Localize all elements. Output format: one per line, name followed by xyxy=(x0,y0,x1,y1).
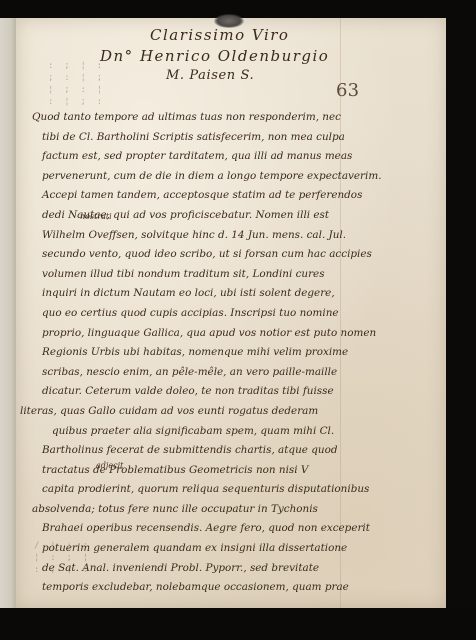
body-line-22: Brahaei operibus recensendis. Aegre fero… xyxy=(32,519,452,539)
body-line-13: Regionis Urbis ubi habitas, nomenque mih… xyxy=(32,343,452,363)
body-line-16: literas, quas Gallo cuidam ad vos eunti … xyxy=(20,402,452,422)
body-line-8: secundo vento, quod ideo scribo, ut si f… xyxy=(32,245,452,265)
address-line-3: M. Paisen S. xyxy=(166,68,254,83)
body-line-2: tibi de Cl. Bartholini Scriptis satisfec… xyxy=(32,128,452,148)
body-line-5: Accepi tamen tandem, acceptosque statim … xyxy=(32,186,452,206)
folio-number: 63 xyxy=(336,80,359,101)
body-line-4: pervenerunt, cum de die in diem a longo … xyxy=(32,167,452,187)
body-line-6: dedi Nautae, qui ad vos proficiscebatur.… xyxy=(32,206,452,226)
address-line-2: Dn° Henrico Oldenburgio xyxy=(100,47,329,65)
letter-body: Quod tanto tempore ad ultimas tuas non r… xyxy=(32,108,452,598)
binding-strip xyxy=(0,18,17,608)
body-line-10: inquiri in dictum Nautam eo loci, ubi is… xyxy=(32,284,452,304)
body-line-3: factum est, sed propter tarditatem, qua … xyxy=(32,147,452,167)
body-line-21: absolvenda; totus fere nunc ille occupat… xyxy=(32,500,452,520)
body-line-24: de Sat. Anal. inveniendi Probl. Pyporr.,… xyxy=(32,559,452,579)
body-line-14: scribas, nescio enim, an pêle-mêle, an v… xyxy=(32,363,452,383)
body-line-15: dicatur. Ceterum valde doleo, te non tra… xyxy=(32,382,452,402)
body-line-1: Quod tanto tempore ad ultimas tuas non r… xyxy=(32,108,452,128)
body-line-11: quo eo certius quod cupis accipias. Insc… xyxy=(32,304,452,324)
body-line-12: proprio, linguaque Gallica, qua apud vos… xyxy=(32,324,452,344)
body-line-18: Bartholinus fecerat de submittendis char… xyxy=(32,441,452,461)
bleed-through-marks: : ; ¦ : ; : ¦ ; ¦ ; : ¦ : ¦ ; : xyxy=(48,60,102,108)
body-line-25: temporis excludebar, nolebamque occasion… xyxy=(32,578,452,598)
body-line-7: Wilhelm Oveffsen, solvitque hinc d. 14 J… xyxy=(32,226,452,246)
body-line-19: tractatus de Problematibus Geometricis n… xyxy=(32,461,452,481)
body-line-20: capita prodierint, quorum reliqua sequen… xyxy=(32,480,452,500)
manuscript-scan: : ; ¦ : ; : ¦ ; ¦ ; : ¦ : ¦ ; : / ¦ : ; … xyxy=(0,0,476,640)
body-line-17: quibus praeter alia significabam spem, q… xyxy=(32,422,452,442)
body-line-23: potuerim generalem quandam ex insigni il… xyxy=(32,539,452,559)
scan-bottom-border xyxy=(0,608,476,640)
address-line-1: Clarissimo Viro xyxy=(150,26,289,44)
body-line-9: volumen illud tibi nondum traditum sit, … xyxy=(32,265,452,285)
